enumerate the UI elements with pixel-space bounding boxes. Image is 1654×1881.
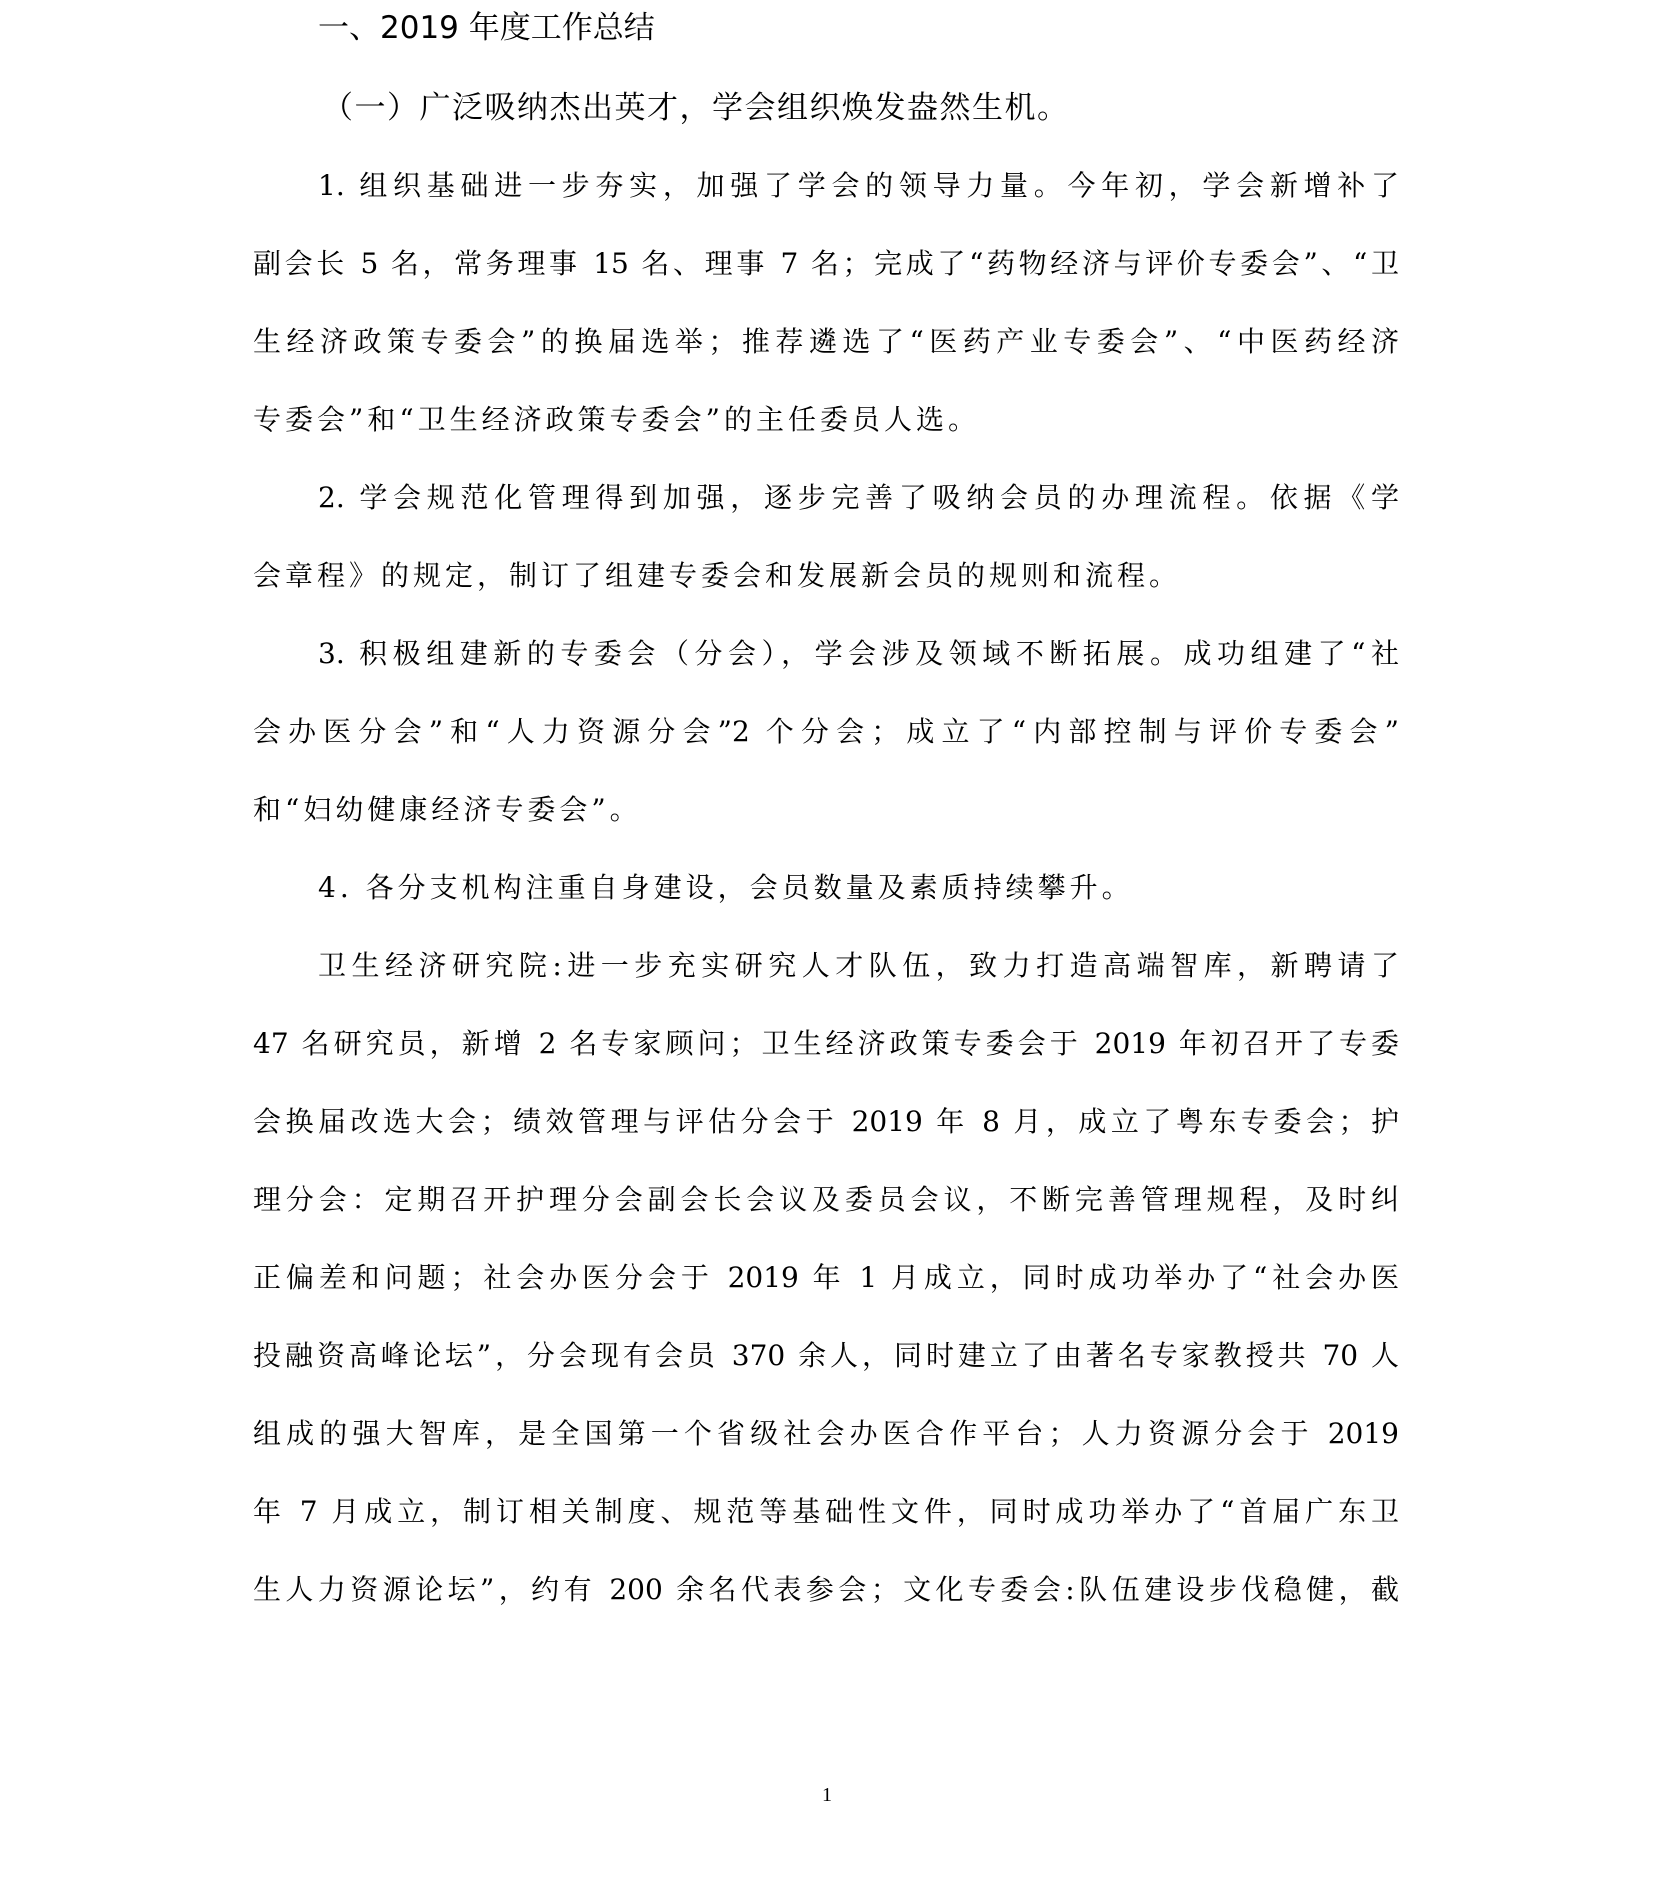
body-line: 4. 各分支机构注重自身建设，会员数量及素质持续攀升。 xyxy=(318,868,1134,908)
body-line: 副会长 5 名，常务理事 15 名、理事 7 名；完成了“药物经济与评价专委会”… xyxy=(253,244,1399,284)
body-line: 会换届改选大会；绩效管理与评估分会于 2019 年 8 月，成立了粤东专委会；护 xyxy=(253,1102,1399,1142)
body-line: 1. 组织基础进一步夯实，加强了学会的领导力量。今年初，学会新增补了 xyxy=(318,166,1399,206)
body-line: 会章程》的规定，制订了组建专委会和发展新会员的规则和流程。 xyxy=(253,556,1181,596)
page-number: 1 xyxy=(807,1780,847,1810)
body-line: 和“妇幼健康经济专委会”。 xyxy=(253,790,642,830)
body-line: 生经济政策专委会”的换届选举；推荐遴选了“医药产业专委会”、“中医药经济 xyxy=(253,322,1399,362)
body-line: 正偏差和问题；社会办医分会于 2019 年 1 月成立，同时成功举办了“社会办医 xyxy=(253,1258,1399,1298)
body-line: 投融资高峰论坛”，分会现有会员 370 余人，同时建立了由著名专家教授共 70 … xyxy=(253,1336,1399,1376)
body-line: 2. 学会规范化管理得到加强，逐步完善了吸纳会员的办理流程。依据《学 xyxy=(318,478,1399,518)
body-line: 组成的强大智库，是全国第一个省级社会办医合作平台；人力资源分会于 2019 xyxy=(253,1414,1399,1454)
body-line: 年 7 月成立，制订相关制度、规范等基础性文件，同时成功举办了“首届广东卫 xyxy=(253,1492,1399,1532)
body-line: 卫生经济研究院:进一步充实研究人才队伍，致力打造高端智库，新聘请了 xyxy=(318,946,1399,986)
document-page: 一、2019 年度工作总结 （一）广泛吸纳杰出英才，学会组织焕发盎然生机。 1.… xyxy=(0,0,1654,1881)
body-line: 专委会”和“卫生经济政策专委会”的主任委员人选。 xyxy=(253,400,980,440)
subsection-heading: （一）广泛吸纳杰出英才，学会组织焕发盎然生机。 xyxy=(322,88,1068,128)
body-line: 会办医分会”和“人力资源分会”2 个分会；成立了“内部控制与评价专委会” xyxy=(253,712,1399,752)
section-heading: 一、2019 年度工作总结 xyxy=(318,8,655,48)
body-line: 3. 积极组建新的专委会（分会），学会涉及领域不断拓展。成功组建了“社 xyxy=(318,634,1399,674)
body-line: 47 名研究员，新增 2 名专家顾问；卫生经济政策专委会于 2019 年初召开了… xyxy=(253,1024,1399,1064)
body-line: 生人力资源论坛”，约有 200 余名代表参会；文化专委会:队伍建设步伐稳健，截 xyxy=(253,1570,1399,1610)
body-line: 理分会：定期召开护理分会副会长会议及委员会议，不断完善管理规程，及时纠 xyxy=(253,1180,1399,1220)
